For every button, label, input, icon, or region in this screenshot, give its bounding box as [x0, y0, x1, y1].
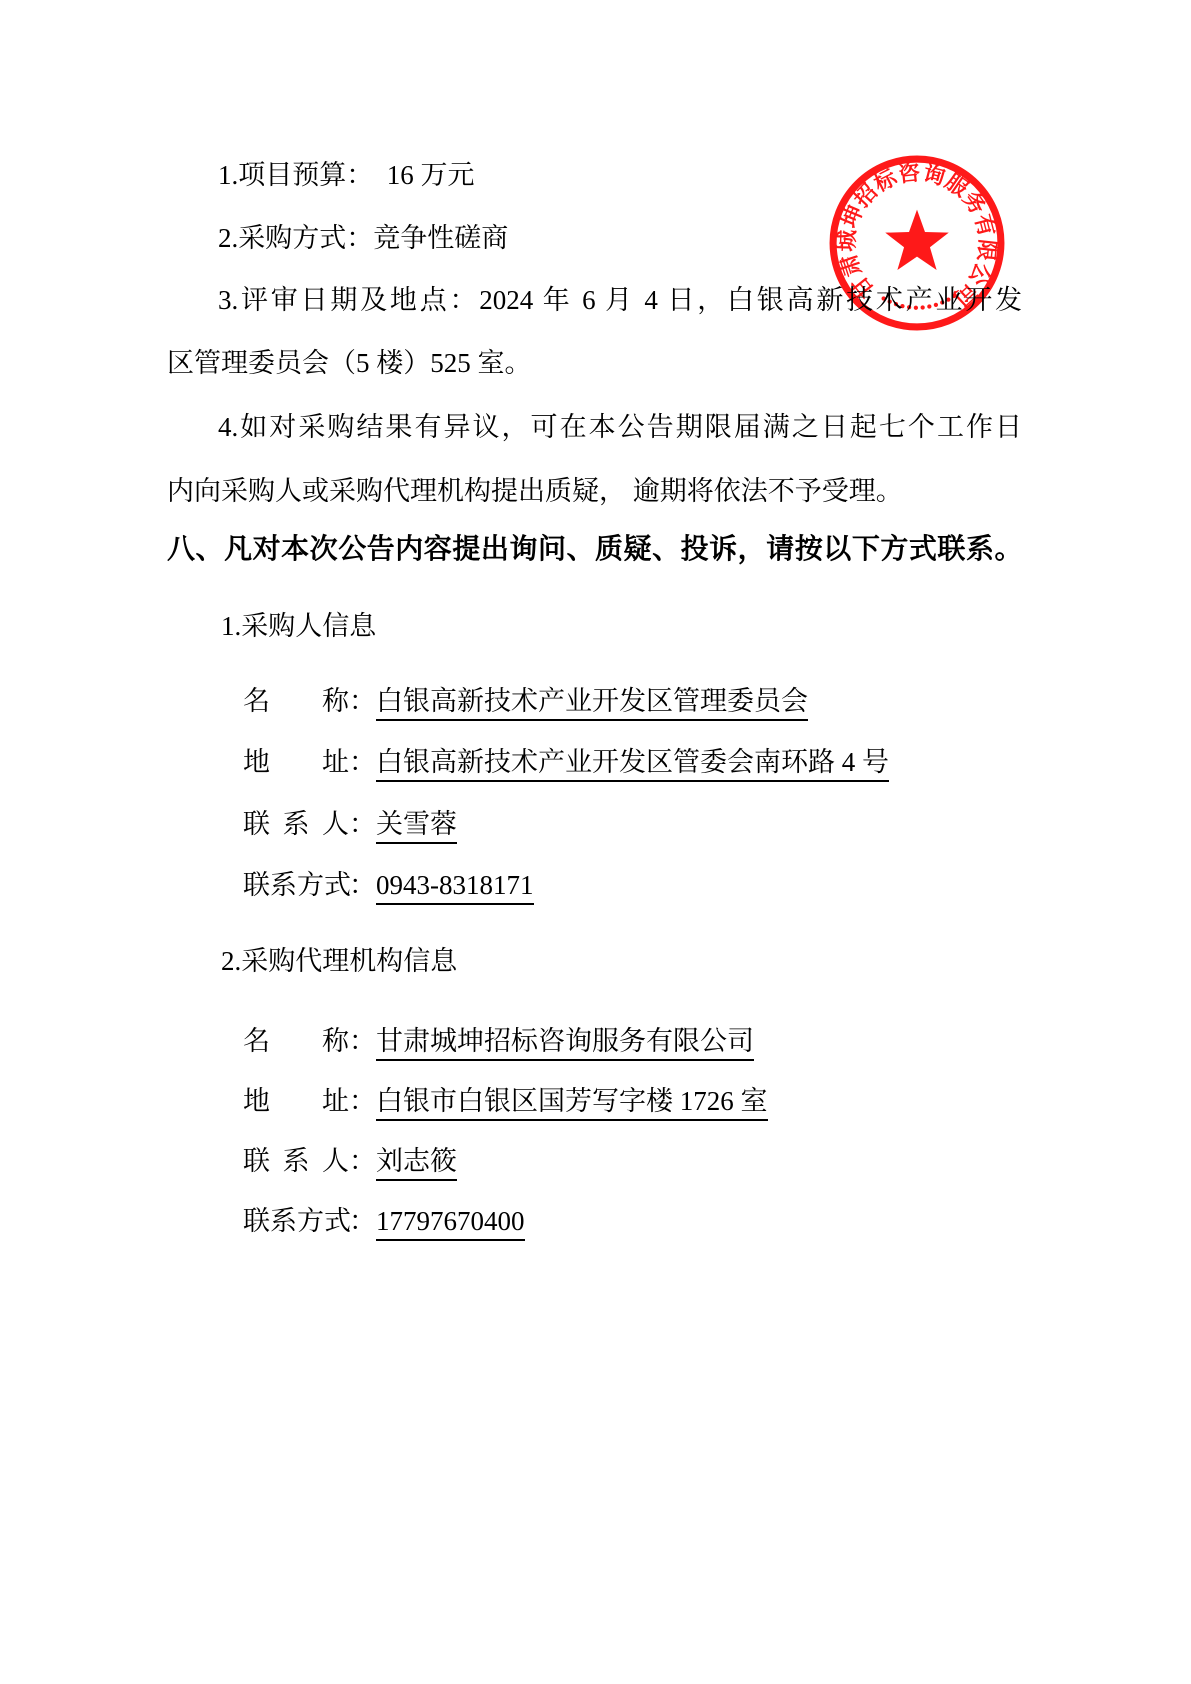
label-colon: ： [349, 1026, 376, 1056]
field-label: 地址 [243, 745, 349, 779]
purchaser-contact-person-value: 关雪蓉 [376, 809, 457, 844]
field-label: 名称 [243, 1024, 349, 1058]
seal-graphic: 甘肃城坤招标咨询服务有限公司 [826, 152, 1008, 334]
purchaser-contact-person-row: 联系人：关雪蓉 [243, 807, 457, 841]
objection-line-2: 内向采购人或采购代理机构提出质疑， 逾期将依法不予受理。 [167, 474, 903, 508]
budget-line: 1.项目预算： 16 万元 [218, 158, 475, 192]
label-colon: ： [349, 1146, 376, 1176]
official-seal: 甘肃城坤招标咨询服务有限公司 [826, 152, 1008, 334]
purchaser-address-row: 地址：白银高新技术产业开发区管委会南环路 4 号 [243, 745, 889, 779]
agency-name-row: 名称：甘肃城坤招标咨询服务有限公司 [243, 1024, 754, 1058]
seal-star-icon [885, 210, 948, 270]
objection-line-1: 4.如对采购结果有异议，可在本公告期限届满之日起七个工作日 [218, 410, 1022, 444]
purchaser-phone-value: 0943-8318171 [376, 870, 534, 905]
label-colon: ： [349, 1206, 376, 1236]
procurement-method-line: 2.采购方式：竞争性磋商 [218, 221, 508, 255]
field-label: 联系方式 [243, 1204, 349, 1238]
agency-address-value: 白银市白银区国芳写字楼 1726 室 [376, 1086, 768, 1121]
purchaser-section-heading: 1.采购人信息 [221, 609, 376, 643]
agency-phone-row: 联系方式：17797670400 [243, 1204, 525, 1238]
purchaser-name-row: 名称：白银高新技术产业开发区管理委员会 [243, 684, 808, 718]
review-date-line-2: 区管理委员会（5 楼）525 室。 [167, 346, 532, 380]
field-label: 地址 [243, 1084, 349, 1118]
label-colon: ： [349, 1086, 376, 1116]
purchaser-phone-row: 联系方式：0943-8318171 [243, 868, 534, 902]
agency-address-row: 地址：白银市白银区国芳写字楼 1726 室 [243, 1084, 768, 1118]
field-label: 联系人 [243, 1144, 349, 1178]
field-label: 联系人 [243, 807, 349, 841]
field-label: 联系方式 [243, 868, 349, 902]
purchaser-address-value: 白银高新技术产业开发区管委会南环路 4 号 [376, 747, 889, 782]
label-colon: ： [349, 809, 376, 839]
agency-contact-person-row: 联系人：刘志筱 [243, 1144, 457, 1178]
field-label: 名称 [243, 684, 349, 718]
section-8-heading: 八、凡对本次公告内容提出询问、质疑、投诉，请按以下方式联系。 [167, 532, 1023, 566]
agency-section-heading: 2.采购代理机构信息 [221, 944, 457, 978]
agency-name-value: 甘肃城坤招标咨询服务有限公司 [376, 1026, 754, 1061]
document-page: 1.项目预算： 16 万元 2.采购方式：竞争性磋商 3.评审日期及地点：202… [0, 0, 1191, 1684]
seal-code-marks [882, 294, 957, 310]
agency-phone-value: 17797670400 [376, 1206, 525, 1241]
purchaser-name-value: 白银高新技术产业开发区管理委员会 [376, 686, 808, 721]
label-colon: ： [349, 686, 376, 716]
agency-contact-person-value: 刘志筱 [376, 1146, 457, 1181]
label-colon: ： [349, 747, 376, 777]
label-colon: ： [349, 870, 376, 900]
